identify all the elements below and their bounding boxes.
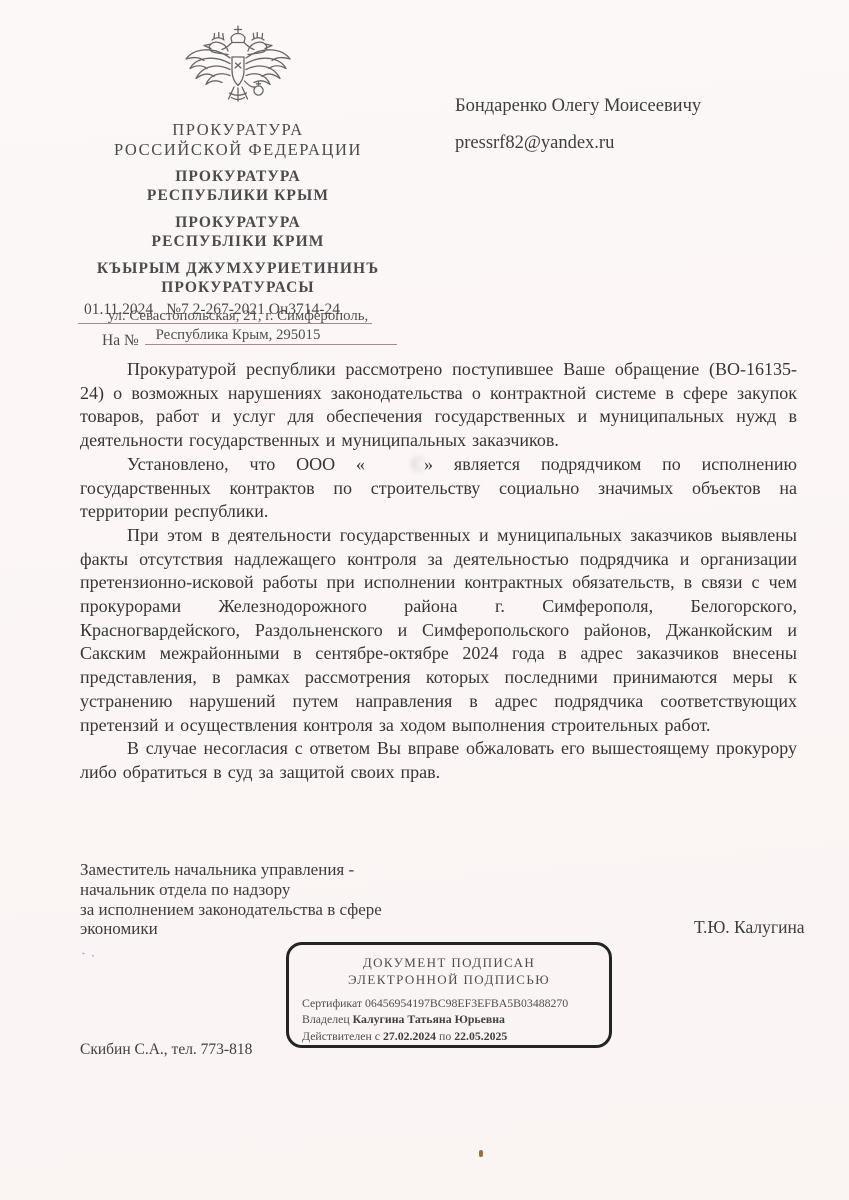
stamp-valid-to-date: 22.05.2025	[454, 1029, 507, 1043]
signer-title-line2: начальник отдела по надзору	[80, 880, 382, 900]
stamp-validity-to-label: по	[439, 1029, 451, 1043]
letter-body: Прокуратурой республики рассмотрено пост…	[80, 358, 797, 785]
stamp-title-line2: ЭЛЕКТРОННОЙ ПОДПИСЬЮ	[289, 971, 609, 988]
outgoing-date-number-line: 01.11.2024 №7 2-267-2021 Он3714-24	[78, 301, 372, 324]
signer-name: Т.Ю. Калугина	[694, 917, 805, 938]
stamp-certificate-value: 06456954197BC98EF3EFBA5B03488270	[365, 996, 568, 1010]
recipient-block: Бондаренко Олегу Моисеевичу pressrf82@ya…	[455, 88, 701, 162]
org-name-rf-line1: ПРОКУРАТУРА	[60, 120, 416, 140]
stamp-certificate-label: Сертификат	[302, 996, 362, 1010]
electronic-signature-stamp: ДОКУМЕНТ ПОДПИСАН ЭЛЕКТРОННОЙ ПОДПИСЬЮ С…	[286, 942, 612, 1048]
org-name-crh-line1: КЪЫРЫМ ДЖУМХУРИЕТИНИНЪ	[60, 260, 416, 279]
org-name-uk-line2: РЕСПУБЛІКИ КРИМ	[60, 233, 416, 252]
stamp-validity-row: Действителен с 27.02.2024 по 22.05.2025	[302, 1028, 609, 1044]
signer-title-line1: Заместитель начальника управления -	[80, 860, 382, 880]
stamp-certificate-row: Сертификат 06456954197BC98EF3EFBA5B03488…	[302, 995, 609, 1011]
reply-to-blank-underline	[145, 329, 397, 345]
signer-title-block: Заместитель начальника управления - нача…	[80, 860, 382, 939]
outgoing-number: №7 2-267-2021 Он3714-24	[166, 301, 340, 319]
paragraph-4: В случае несогласия с ответом Вы вправе …	[80, 737, 797, 784]
reply-to-label: На №	[102, 332, 139, 349]
paper-speck	[479, 1150, 483, 1157]
signer-title-line4: экономики	[80, 919, 382, 939]
paragraph-2: Установлено, что ООО «С» является подряд…	[80, 453, 797, 524]
recipient-name: Бондаренко Олегу Моисеевичу	[455, 88, 701, 125]
letterhead: ПРОКУРАТУРА РОССИЙСКОЙ ФЕДЕРАЦИИ ПРОКУРА…	[60, 24, 416, 344]
paragraph-3: При этом в деятельности государственных …	[80, 524, 797, 737]
org-name-uk-line1: ПРОКУРАТУРА	[60, 214, 416, 233]
stamp-validity-label: Действителен с	[302, 1029, 380, 1043]
org-name-ru-line1: ПРОКУРАТУРА	[60, 168, 416, 187]
outgoing-date: 01.11.2024	[84, 301, 153, 319]
redacted-company-name: С	[365, 453, 424, 477]
stamp-title-line1: ДОКУМЕНТ ПОДПИСАН	[289, 954, 609, 971]
org-name-crh-line2: ПРОКУРАТУРАСЫ	[60, 279, 416, 298]
paragraph-2-pre: Установлено, что ООО «	[127, 454, 365, 474]
stamp-owner-row: Владелец Калугина Татьяна Юрьевна	[302, 1011, 609, 1027]
signer-title-line3: за исполнением законодательства в сфере	[80, 900, 382, 920]
stamp-owner-label: Владелец	[302, 1012, 350, 1026]
scanned-letter-page: ПРОКУРАТУРА РОССИЙСКОЙ ФЕДЕРАЦИИ ПРОКУРА…	[0, 0, 849, 1200]
org-name-ru-line2: РЕСПУБЛИКИ КРЫМ	[60, 187, 416, 206]
recipient-email: pressrf82@yandex.ru	[455, 125, 701, 162]
double-headed-eagle-icon	[176, 24, 300, 116]
ink-mark: ˋ·	[81, 948, 101, 965]
paragraph-1: Прокуратурой республики рассмотрено пост…	[80, 358, 797, 453]
executor-contact: Скибин С.А., тел. 773-818	[80, 1041, 252, 1059]
stamp-owner-name: Калугина Татьяна Юрьевна	[353, 1012, 505, 1026]
stamp-valid-from-date: 27.02.2024	[383, 1029, 436, 1043]
reply-to-number-line: На №	[102, 329, 397, 350]
org-name-rf-line2: РОССИЙСКОЙ ФЕДЕРАЦИИ	[60, 140, 416, 160]
